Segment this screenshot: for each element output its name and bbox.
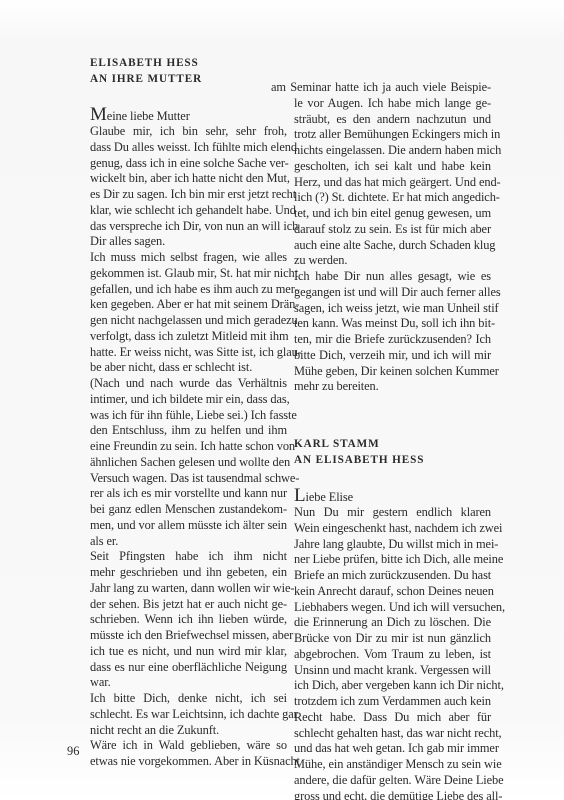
salutation-initial: M bbox=[90, 104, 107, 125]
text-line: gross und echt, die demütige Liebe des a… bbox=[271, 789, 491, 800]
text-line: ten, mir die Briefe zurückzusenden? Ich bbox=[271, 332, 491, 348]
text-line: schlecht gehalten hast, das war nicht re… bbox=[271, 726, 491, 742]
text-line: Herz, und das hat mich geärgert. Und end… bbox=[271, 175, 491, 191]
paragraph: Wäre ich in Wald geblieben, wäre soetwas… bbox=[67, 738, 287, 770]
letter-2-heading: KARL STAMM AN ELISABETH HESS bbox=[271, 436, 491, 468]
text-line: Versuch wagen. Das ist tausendmal schwe- bbox=[67, 471, 287, 487]
paragraph: Seit Pfingsten habe ich ihm nichtmehr ge… bbox=[67, 549, 287, 691]
text-line: gen nicht nachgelassen und mich geradezu bbox=[67, 313, 287, 329]
text-line: dass Du alles weisst. Ich fühlte mich el… bbox=[67, 140, 287, 156]
text-line: das verspreche ich Dir, von nun an will … bbox=[67, 219, 287, 235]
text-line: ten kann. Was meinst Du, soll ich ihn bi… bbox=[271, 316, 491, 332]
text-line: Ich bitte Dich, denke nicht, ich sei bbox=[67, 691, 287, 707]
text-line: sträubt, es den andern nachzutun und bbox=[271, 112, 491, 128]
text-line: ähnlichen Sachen gelesen und wollte den bbox=[67, 455, 287, 471]
text-line: nichts eingelassen. Die andern haben mic… bbox=[271, 143, 491, 159]
text-line: müsste ich den Briefwechsel missen, aber bbox=[67, 628, 287, 644]
text-line: den Entschluss, ihm zu helfen und ihm bbox=[67, 423, 287, 439]
text-line: Nun Du mir gestern endlich klaren bbox=[271, 505, 491, 521]
text-line: schrieben. Wenn ich ihn lieben würde, bbox=[67, 612, 287, 628]
text-line: wickelt bin, aber ich hatte nicht den Mu… bbox=[67, 171, 287, 187]
text-line: gegangen ist und will Dir auch ferner al… bbox=[271, 285, 491, 301]
paragraph: Ich habe Dir nun alles gesagt, wie esgeg… bbox=[271, 269, 491, 395]
text-line: le vor Augen. Ich habe mich lange ge- bbox=[271, 96, 491, 112]
text-line: der sehen. Bis jetzt hat er auch nicht g… bbox=[67, 597, 287, 613]
text-line: gescholten, ich sei kalt und habe kein bbox=[271, 159, 491, 175]
letter-2-heading-sender: KARL STAMM bbox=[294, 436, 491, 452]
text-line: genug, dass ich in eine solche Sache ver… bbox=[67, 156, 287, 172]
text-line: und das hat weh getan. Ich gab mir immer bbox=[271, 741, 491, 757]
text-line: war. bbox=[67, 675, 287, 691]
text-line: es Dir zu sagen. Ich bin mir erst jetzt … bbox=[67, 187, 287, 203]
text-line: zu werden. bbox=[271, 253, 491, 269]
text-line: klar, wie schlecht ich gehandelt habe. U… bbox=[67, 203, 287, 219]
text-line: Brücke von Dir zu mir ist nun gänzlich bbox=[271, 631, 491, 647]
text-line: Mühe, ein anständiger Mensch zu sein wie bbox=[271, 757, 491, 773]
right-column: am Seminar hatte ich ja auch viele Beisp… bbox=[271, 80, 491, 800]
text-line: ich tue es nicht, und nun wird mir klar, bbox=[67, 644, 287, 660]
letter-2-heading-recipient: AN ELISABETH HESS bbox=[294, 452, 491, 468]
page-number: 96 bbox=[67, 744, 79, 759]
letter-1-heading-recipient: AN IHRE MUTTER bbox=[90, 71, 287, 87]
text-line: be aber nicht, dass er schlecht ist. bbox=[67, 360, 287, 376]
text-line: trotzdem ich zum Verdammen auch kein bbox=[271, 694, 491, 710]
text-line: men, und vor allem müsste ich älter sein bbox=[67, 518, 287, 534]
letter-2-body: Nun Du mir gestern endlich klarenWein ei… bbox=[271, 505, 491, 800]
paragraph: Ich bitte Dich, denke nicht, ich seischl… bbox=[67, 691, 287, 738]
text-line: rer als ich es mir vorstellte und kann n… bbox=[67, 486, 287, 502]
paragraph: Ich muss mich selbst fragen, wie allesge… bbox=[67, 250, 287, 376]
paragraph: am Seminar hatte ich ja auch viele Beisp… bbox=[271, 80, 491, 269]
text-line: Ich habe Dir nun alles gesagt, wie es bbox=[271, 269, 491, 285]
text-line: Ich muss mich selbst fragen, wie alles bbox=[67, 250, 287, 266]
text-line: andere, die dafür gelten. Wäre Deine Lie… bbox=[271, 773, 491, 789]
text-line: Jahr lang zu warten, dann wollen wir wie… bbox=[67, 581, 287, 597]
text-line: Glaube mir, ich bin sehr, sehr froh, bbox=[67, 124, 287, 140]
text-line: ner Liebe prüfen, bitte ich Dich, alle m… bbox=[271, 552, 491, 568]
text-line: am Seminar hatte ich ja auch viele Beisp… bbox=[271, 80, 491, 96]
text-line: Jahre lang glaubte, Du willst mich in me… bbox=[271, 537, 491, 553]
letter-1-heading-sender: ELISABETH HESS bbox=[90, 55, 287, 71]
text-line: Recht habe. Dass Du mich aber für bbox=[271, 710, 491, 726]
text-line: lich (?) St. dichtete. Er hat mich anged… bbox=[271, 190, 491, 206]
text-line: eine Freundin zu sein. Ich hatte schon v… bbox=[67, 439, 287, 455]
text-line: ich Dich, aber vergeben kann ich Dir nic… bbox=[271, 678, 491, 694]
text-line: Seit Pfingsten habe ich ihm nicht bbox=[67, 549, 287, 565]
salutation-text: iebe Elise bbox=[306, 490, 354, 504]
text-line: Wein eingeschenkt hast, nachdem ich zwei bbox=[271, 521, 491, 537]
text-line: (Nach und nach wurde das Verhältnis bbox=[67, 376, 287, 392]
text-line: intimer, und ich bildete mir ein, dass d… bbox=[67, 392, 287, 408]
text-line: kein Anrecht darauf, schon Deines neuen bbox=[271, 584, 491, 600]
text-line: als er. bbox=[67, 534, 287, 550]
text-line: was ich für ihn fühle, Liebe sei.) Ich f… bbox=[67, 408, 287, 424]
text-line: tet, und ich bin eitel genug gewesen, um bbox=[271, 206, 491, 222]
paragraph: (Nach und nach wurde das Verhältnisintim… bbox=[67, 376, 287, 549]
text-line: mehr zu bereiten. bbox=[271, 379, 491, 395]
text-line: die Erinnerung an Dich zu löschen. Die bbox=[271, 615, 491, 631]
text-line: verfolgt, dass ich zuletzt Mitleid mit i… bbox=[67, 329, 287, 345]
text-line: Briefe an mich zurückzusenden. Du hast bbox=[271, 568, 491, 584]
text-line: ken gegeben. Aber er hat mit seinem Drän… bbox=[67, 297, 287, 313]
section-gap bbox=[271, 395, 491, 436]
text-line: etwas nie vorgekommen. Aber in Küsnacht bbox=[67, 754, 287, 770]
text-line: mehr geschrieben und ihn gebeten, ein bbox=[67, 565, 287, 581]
text-line: Dir alles sagen. bbox=[67, 234, 287, 250]
text-line: Mühe geben, Dir keinen solchen Kummer bbox=[271, 364, 491, 380]
salutation-text: eine liebe Mutter bbox=[107, 109, 190, 123]
text-line: nicht recht an die Zukunft. bbox=[67, 723, 287, 739]
text-line: gefallen, und ich habe es ihm auch zu me… bbox=[67, 282, 287, 298]
left-column: ELISABETH HESS AN IHRE MUTTER Meine lieb… bbox=[67, 55, 287, 770]
text-line: dass es nur eine oberflächliche Neigung bbox=[67, 660, 287, 676]
text-line: Unsinn und macht krank. Vergessen will bbox=[271, 663, 491, 679]
text-line: abgebrochen. Vom Traum zu leben, ist bbox=[271, 647, 491, 663]
text-line: gekommen ist. Glaub mir, St. hat mir nic… bbox=[67, 266, 287, 282]
salutation-initial: L bbox=[294, 485, 306, 506]
text-line: trotz aller Bemühungen Eckingers mich in bbox=[271, 127, 491, 143]
paragraph: Nun Du mir gestern endlich klarenWein ei… bbox=[271, 505, 491, 800]
text-line: auch eine alte Sache, durch Schaden klug bbox=[271, 238, 491, 254]
letter-1-heading: ELISABETH HESS AN IHRE MUTTER bbox=[67, 55, 287, 87]
text-line: bei ganz edlen Menschen zustandekom- bbox=[67, 502, 287, 518]
letter-2-salutation: Liebe Elise bbox=[271, 488, 491, 505]
text-line: bitte Dich, verzeih mir, und ich will mi… bbox=[271, 348, 491, 364]
letter-1-continuation: am Seminar hatte ich ja auch viele Beisp… bbox=[271, 80, 491, 395]
text-line: Wäre ich in Wald geblieben, wäre so bbox=[67, 738, 287, 754]
letter-1-salutation: Meine liebe Mutter bbox=[67, 107, 287, 124]
text-line: darauf stolz zu sein. Es ist für mich ab… bbox=[271, 222, 491, 238]
text-line: schlecht. Es war Leichtsinn, ich dachte … bbox=[67, 707, 287, 723]
text-line: hatte. Er weiss nicht, was Sitte ist, ic… bbox=[67, 345, 287, 361]
paragraph: Glaube mir, ich bin sehr, sehr froh,dass… bbox=[67, 124, 287, 250]
text-line: sagen, ich weiss jetzt, wie man Unheil s… bbox=[271, 301, 491, 317]
text-line: Liebhabers wegen. Und ich will versuchen… bbox=[271, 600, 491, 616]
letter-1-body: Glaube mir, ich bin sehr, sehr froh,dass… bbox=[67, 124, 287, 770]
